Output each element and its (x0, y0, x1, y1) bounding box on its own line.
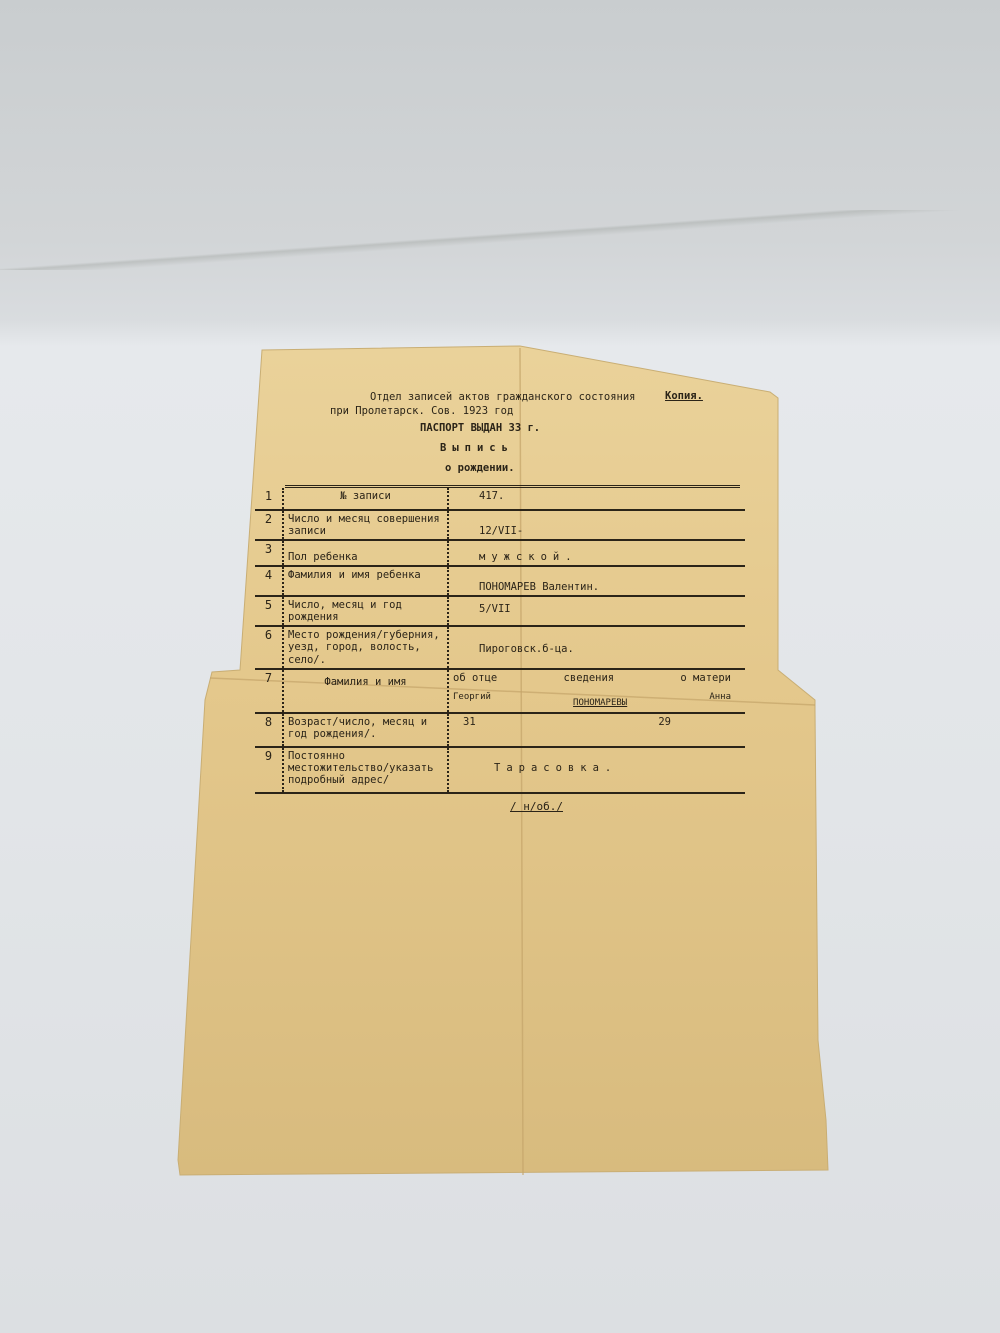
mother-age: 29 (658, 716, 731, 728)
parents-ages: 31 29 (453, 716, 741, 728)
father-name: Георгий (453, 692, 491, 708)
father-header: об отце (453, 672, 497, 684)
table-row: 9 Постоянно местожительство/указать подр… (255, 747, 745, 793)
table-row-parents-names: 7 Фамилия и имя об отце сведения о матер… (255, 669, 745, 713)
header-line-1: Отдел записей актов гражданского состоян… (370, 391, 636, 403)
record-table: 1 № записи 417. 2 Число и месяц совершен… (255, 488, 745, 794)
parents-header: об отце сведения о матери (453, 672, 741, 684)
document-subtitle: о рождении. (445, 462, 515, 474)
wall-floor-edge (0, 210, 1000, 270)
parents-surname: ПОНОМАРЕВЫ (573, 698, 627, 708)
birth-certificate-extract: Отдел записей актов гражданского состоян… (255, 385, 745, 794)
mother-name: Анна (709, 692, 731, 708)
copy-mark: Копия. (665, 390, 703, 402)
mother-header: о матери (680, 672, 731, 684)
document-title: Выпись (440, 442, 514, 454)
table-row: 2 Число и месяц совершения записи 12/VII… (255, 510, 745, 540)
table-row: 3 Пол ребенка мужской. (255, 540, 745, 566)
info-header: сведения (564, 672, 615, 684)
father-age: 31 (453, 716, 476, 728)
header-line-2: при Пролетарск. Сов. 1923 год (330, 405, 513, 417)
document-header: Отдел записей актов гражданского состоян… (255, 385, 745, 485)
parents-names: Георгий ПОНОМАРЕВЫ Анна (453, 692, 741, 708)
table-row: 1 № записи 417. (255, 488, 745, 510)
table-row: 5 Число, месяц и год рождения 5/VII (255, 596, 745, 626)
table-row: 6 Место рождения/губерния, уезд, город, … (255, 626, 745, 668)
table-row: 8 Возраст/число, месяц и год рождения/. … (255, 713, 745, 747)
table-row: 4 Фамилия и имя ребенка ПОНОМАРЕВ Валент… (255, 566, 745, 596)
passport-line: ПАСПОРТ ВЫДАН 33 г. (420, 422, 540, 434)
document-footer-note: / н/об./ (510, 800, 563, 813)
